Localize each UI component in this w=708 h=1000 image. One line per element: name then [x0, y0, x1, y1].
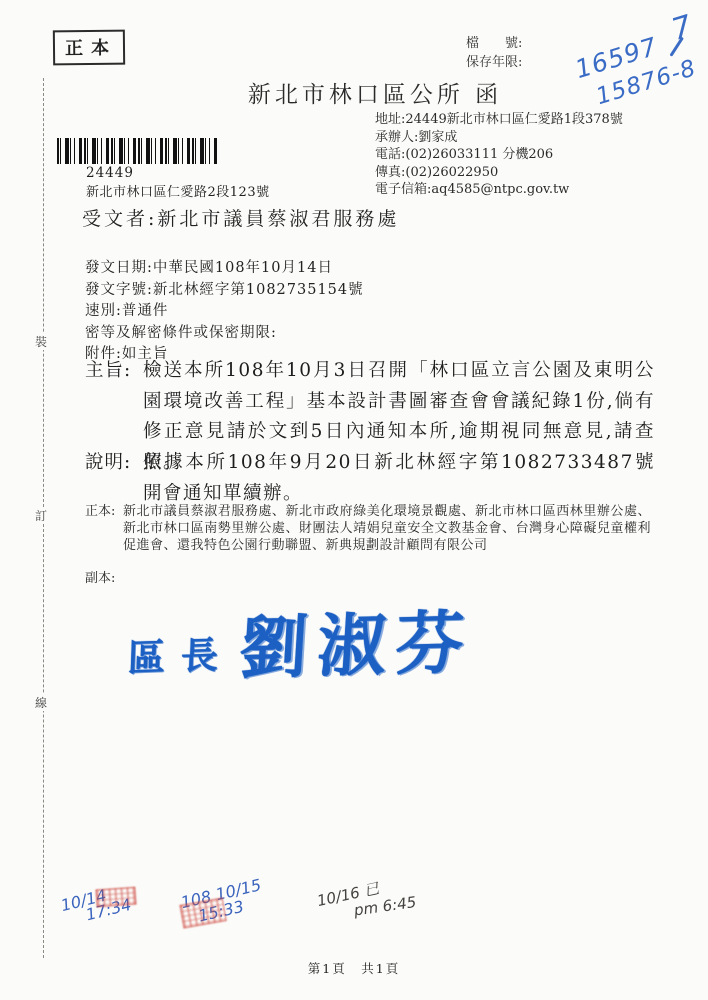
classification-line: 密等及解密條件或保密期限: [85, 323, 364, 345]
sender-email: 電子信箱:aq4585@ntpc.gov.tw [375, 181, 623, 199]
description-text: 依據本所108年9月20日新北林經字第1082733487號開會通知單續辦。 [143, 448, 655, 509]
file-no-label: 檔 號: [466, 34, 522, 53]
file-label-block: 檔 號: 保存年限: [466, 34, 522, 72]
mailing-barcode [57, 138, 217, 164]
document-title: 新北市林口區公所 函 [225, 76, 525, 109]
sender-contact-person: 承辦人:劉家成 [375, 129, 623, 147]
retention-label: 保存年限: [466, 53, 522, 72]
document-meta-block: 發文日期:中華民國108年10月14日 發文字號:新北林經字第108273515… [85, 258, 364, 366]
received-note-3: 10/16 已 pm 6:45 [315, 870, 418, 928]
recipient-zipcode: 24449 [86, 165, 134, 181]
original-copy-stamp: 正本 [53, 30, 125, 66]
description-label: 說明: [85, 448, 143, 509]
signer-title: 區長 [127, 624, 235, 682]
original-recipients-text: 新北市議員蔡淑君服務處、新北市政府綠美化環境景觀處、新北市林口區西林里辦公處、新… [123, 504, 651, 554]
recipient-line: 受文者:新北市議員蔡淑君服務處 [82, 204, 399, 231]
sender-info-block: 地址:24449新北市林口區仁愛路1段378號 承辦人:劉家成 電話:(02)2… [375, 111, 623, 199]
priority-line: 速別:普通件 [85, 301, 364, 323]
copy-recipients-label: 副本: [85, 567, 115, 586]
sender-phone: 電話:(02)26033111 分機206 [375, 146, 623, 164]
sender-fax: 傳真:(02)26022950 [375, 164, 623, 182]
issue-date-line: 發文日期:中華民國108年10月14日 [85, 258, 364, 280]
binding-mark-xian: 線 [33, 694, 49, 711]
page-indicator: 第1頁 共1頁 [0, 959, 708, 977]
issue-number-line: 發文字號:新北林經字第1082735154號 [85, 280, 364, 302]
recipient-mailing-address: 新北市林口區仁愛路2段123號 [86, 181, 270, 200]
original-recipients-label: 正本: [85, 504, 123, 554]
red-name-chop-1 [95, 887, 136, 908]
binding-mark-zhuang: 裝 [33, 333, 49, 350]
scanned-official-letter: 裝 訂 線 正本 檔 號: 保存年限: 16597 7 15876-8 新北市林… [0, 0, 708, 1000]
description-paragraph: 說明: 依據本所108年9月20日新北林經字第1082733487號開會通知單續… [85, 448, 655, 509]
signer-name: 劉淑芬 [237, 589, 477, 692]
handwritten-number-2: 7 [668, 9, 696, 48]
sender-address: 地址:24449新北市林口區仁愛路1段378號 [375, 111, 623, 129]
distribution-original-block: 正本: 新北市議員蔡淑君服務處、新北市政府綠美化環境景觀處、新北市林口區西林里辦… [85, 504, 651, 554]
binding-mark-ding: 訂 [33, 507, 49, 524]
